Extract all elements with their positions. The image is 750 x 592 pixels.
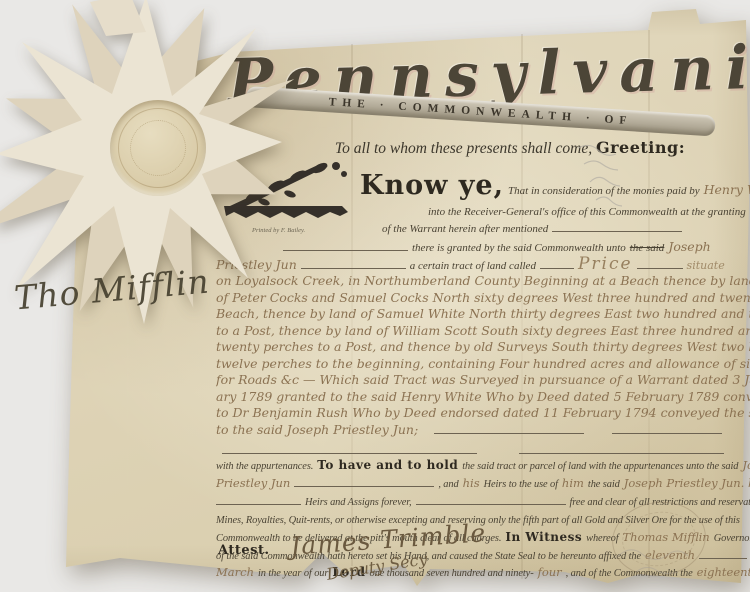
description-line: twelve perches to the beginning, contain… [216, 356, 750, 373]
description-line: to Dr Benjamin Rush Who by Deed endorsed… [216, 405, 750, 422]
blank-rule [216, 494, 301, 505]
blank-rule [540, 258, 574, 269]
description-line: ary 1789 granted to the said Henry White… [216, 389, 750, 406]
attest-label: Attest. [218, 543, 270, 558]
star-seal-torn-piece [90, 0, 146, 36]
know-ye-heading: Know ye, [360, 170, 504, 201]
description-line: to the said Joseph Priestley Jun; [216, 422, 750, 439]
description-block: on Loyalsock Creek, in Northumberland Co… [216, 273, 750, 438]
struck-text: the said [630, 242, 665, 254]
tract-name: Price [578, 254, 633, 274]
blank-rule [552, 221, 682, 232]
description-line: of Peter Cocks and Samuel Cocks North si… [216, 290, 750, 307]
habendum-line: with the appurtenances. To have and to h… [216, 457, 750, 475]
printed-text: there is granted by the said Commonwealt… [412, 242, 626, 254]
printed-text: of the Warrant herein after mentioned [382, 223, 548, 235]
attest-label-wrap: Attest. [218, 541, 270, 559]
blank-rule [222, 443, 477, 454]
blank-rule [637, 258, 683, 269]
description-line: for Roads &c — Which said Tract was Surv… [216, 372, 750, 389]
printed-text: a certain tract of land called [410, 260, 536, 272]
pencil-scribbles [560, 142, 650, 222]
description-line: twenty perches to a Post, and thence by … [216, 339, 750, 356]
blank-rule [416, 494, 566, 505]
description-line: Beach, thence by land of Samuel White No… [216, 306, 750, 323]
embossed-state-seal [110, 100, 206, 196]
blank-rule [612, 423, 722, 434]
know-ye-line: Know ye, That in consideration of the mo… [360, 170, 750, 201]
blank-rule [519, 443, 724, 454]
handwritten-text: Henry White [704, 182, 750, 197]
blank-rule [434, 423, 584, 434]
photo-background: Pennsylvania THE · COMMONWEALTH · OF To … [0, 0, 750, 592]
salutation-text: To all to whom these presents shall come… [335, 140, 592, 157]
to-have-and-to-hold: To have and to hold [317, 458, 458, 472]
handwritten-text: Joseph [668, 239, 710, 254]
handwritten-text: situate [687, 259, 725, 272]
description-line: to a Post, thence by land of William Sco… [216, 323, 750, 340]
blank-rule [294, 476, 434, 487]
habendum-line: Priestley Jun , and his Heirs to the use… [216, 475, 750, 493]
blank-rule [301, 258, 406, 269]
description-line: on Loyalsock Creek, in Northumberland Co… [216, 273, 750, 290]
blank-rule [283, 240, 408, 251]
